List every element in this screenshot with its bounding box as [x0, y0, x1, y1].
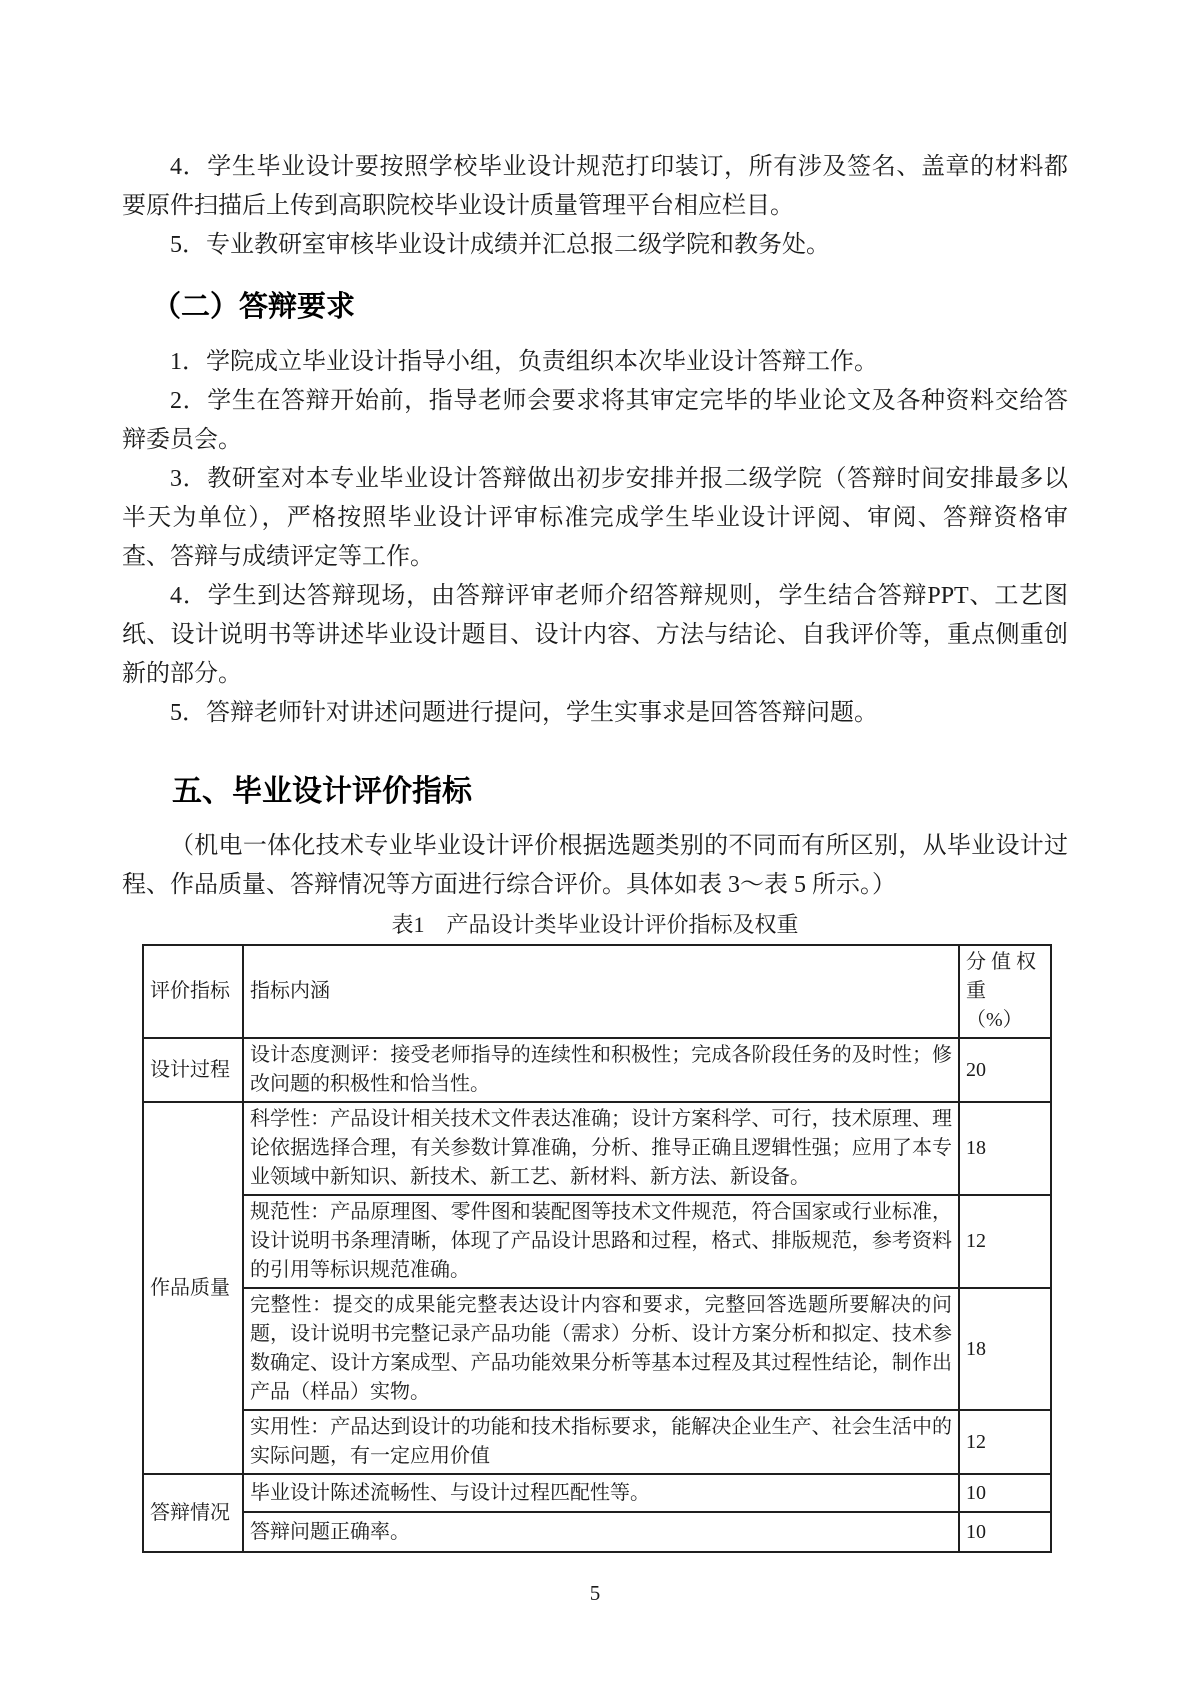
- cell-attitude: 设计态度测评：接受老师指导的连续性和积极性；完成各阶段任务的及时性；修改问题的积…: [243, 1038, 959, 1102]
- table-row: 设计过程 设计态度测评：接受老师指导的连续性和积极性；完成各阶段任务的及时性；修…: [143, 1038, 1051, 1102]
- defense-item-2: 2．学生在答辩开始前，指导老师会要求将其审定完毕的毕业论文及各种资料交给答辩委员…: [122, 382, 1068, 460]
- table-caption: 表1 产品设计类毕业设计评价指标及权重: [122, 910, 1068, 940]
- table-row: 答辩情况 毕业设计陈述流畅性、与设计过程匹配性等。 10: [143, 1474, 1051, 1512]
- paragraph-grade-review: 5．专业教研室审核毕业设计成绩并汇总报二级学院和教务处。: [122, 226, 1068, 265]
- header-cell-indicator: 评价指标: [143, 945, 243, 1038]
- cell-weight: 18: [959, 1102, 1051, 1195]
- paragraph-print-binding: 4．学生毕业设计要按照学校毕业设计规范打印装订，所有涉及签名、盖章的材料都要原件…: [122, 148, 1068, 226]
- header-cell-weight: 分 值 权 重 （%）: [959, 945, 1051, 1038]
- group-label-design-process: 设计过程: [143, 1038, 243, 1102]
- cell-practicality: 实用性：产品达到设计的功能和技术指标要求，能解决企业生产、社会生活中的实际问题，…: [243, 1410, 959, 1474]
- defense-item-1: 1．学院成立毕业设计指导小组，负责组织本次毕业设计答辩工作。: [122, 343, 1068, 382]
- table-row: 答辩问题正确率。 10: [143, 1512, 1051, 1552]
- cell-weight: 18: [959, 1288, 1051, 1410]
- group-label-work-quality: 作品质量: [143, 1102, 243, 1474]
- group-label-defense-performance: 答辩情况: [143, 1474, 243, 1552]
- document-page: 4．学生毕业设计要按照学校毕业设计规范打印装订，所有涉及签名、盖章的材料都要原件…: [0, 0, 1191, 1684]
- cell-scientific: 科学性：产品设计相关技术文件表达准确；设计方案科学、可行，技术原理、理论依据选择…: [243, 1102, 959, 1195]
- header-cell-content: 指标内涵: [243, 945, 959, 1038]
- cell-completeness: 完整性：提交的成果能完整表达设计内容和要求，完整回答选题所要解决的问题，设计说明…: [243, 1288, 959, 1410]
- table-row: 作品质量 科学性：产品设计相关技术文件表达准确；设计方案科学、可行，技术原理、理…: [143, 1102, 1051, 1195]
- cell-weight: 10: [959, 1474, 1051, 1512]
- page-number: 5: [122, 1579, 1068, 1607]
- paragraph-evaluation-intro: （机电一体化技术专业毕业设计评价根据选题类别的不同而有所区别，从毕业设计过程、作…: [122, 827, 1068, 905]
- defense-item-4: 4．学生到达答辩现场，由答辩评审老师介绍答辩规则，学生结合答辩PPT、工艺图纸、…: [122, 577, 1068, 694]
- table-row: 规范性：产品原理图、零件图和装配图等技术文件规范，符合国家或行业标准，设计说明书…: [143, 1195, 1051, 1288]
- table-row: 实用性：产品达到设计的功能和技术指标要求，能解决企业生产、社会生活中的实际问题，…: [143, 1410, 1051, 1474]
- heading-defense-requirements: （二）答辩要求: [122, 284, 1068, 328]
- table-header-row: 评价指标 指标内涵 分 值 权 重 （%）: [143, 945, 1051, 1038]
- cell-standardization: 规范性：产品原理图、零件图和装配图等技术文件规范，符合国家或行业标准，设计说明书…: [243, 1195, 959, 1288]
- cell-weight: 20: [959, 1038, 1051, 1102]
- table-row: 完整性：提交的成果能完整表达设计内容和要求，完整回答选题所要解决的问题，设计说明…: [143, 1288, 1051, 1410]
- cell-fluency: 毕业设计陈述流畅性、与设计过程匹配性等。: [243, 1474, 959, 1512]
- cell-weight: 12: [959, 1410, 1051, 1474]
- cell-weight: 12: [959, 1195, 1051, 1288]
- defense-item-5: 5．答辩老师针对讲述问题进行提问，学生实事求是回答答辩问题。: [122, 694, 1068, 733]
- cell-answer-accuracy: 答辩问题正确率。: [243, 1512, 959, 1552]
- evaluation-criteria-table: 评价指标 指标内涵 分 值 权 重 （%） 设计过程 设计态度测评：接受老师指导…: [142, 944, 1052, 1553]
- cell-weight: 10: [959, 1512, 1051, 1552]
- defense-item-3: 3．教研室对本专业毕业设计答辩做出初步安排并报二级学院（答辩时间安排最多以半天为…: [122, 460, 1068, 577]
- heading-evaluation-indicators: 五、毕业设计评价指标: [122, 770, 1068, 814]
